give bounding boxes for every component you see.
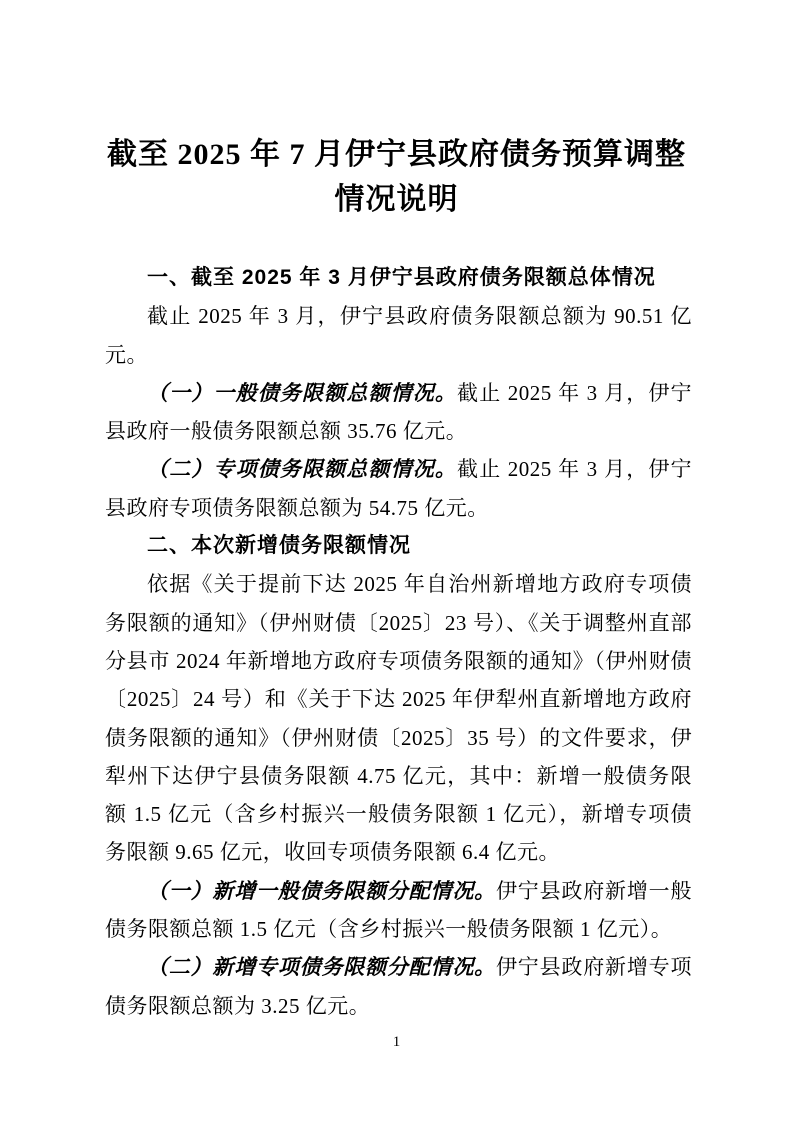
section-heading: 二、本次新增债务限额情况 <box>105 527 692 565</box>
text-run: 二、本次新增债务限额情况 <box>147 534 411 557</box>
paragraph: 截止 2025 年 3 月，伊宁县政府债务限额总额为 90.51 亿元。 <box>105 297 692 374</box>
page-number: 1 <box>0 1034 793 1051</box>
title-line-1: 截至 2025 年 7 月伊宁县政府债务预算调整 <box>0 132 793 177</box>
paragraph: 依据《关于提前下达 2025 年自治州新增地方政府专项债务限额的通知》（伊州财债… <box>105 565 692 871</box>
bold-lead-run: （一）一般债务限额总额情况。 <box>147 381 457 405</box>
document-body: 一、截至 2025 年 3 月伊宁县政府债务限额总体情况截止 2025 年 3 … <box>105 259 692 1025</box>
bold-lead-run: （二）专项债务限额总额情况。 <box>147 457 457 481</box>
bold-lead-run: （二）新增专项债务限额分配情况。 <box>147 955 496 979</box>
paragraph: （二）新增专项债务限额分配情况。伊宁县政府新增专项债务限额总额为 3.25 亿元… <box>105 948 692 1025</box>
document-page: 截至 2025 年 7 月伊宁县政府债务预算调整 情况说明 一、截至 2025 … <box>0 0 793 1122</box>
text-run: 一、截至 2025 年 3 月伊宁县政府债务限额总体情况 <box>147 266 656 289</box>
text-run: 依据《关于提前下达 2025 年自治州新增地方政府专项债务限额的通知》（伊州财债… <box>105 572 692 864</box>
paragraph: （一）新增一般债务限额分配情况。伊宁县政府新增一般债务限额总额 1.5 亿元（含… <box>105 872 692 949</box>
text-run: 截止 2025 年 3 月，伊宁县政府债务限额总额为 90.51 亿元。 <box>105 304 692 366</box>
section-heading: 一、截至 2025 年 3 月伊宁县政府债务限额总体情况 <box>105 259 692 297</box>
document-title: 截至 2025 年 7 月伊宁县政府债务预算调整 情况说明 <box>0 0 793 222</box>
paragraph: （二）专项债务限额总额情况。截止 2025 年 3 月，伊宁县政府专项债务限额总… <box>105 450 692 527</box>
paragraph: （一）一般债务限额总额情况。截止 2025 年 3 月，伊宁县政府一般债务限额总… <box>105 374 692 451</box>
title-line-2: 情况说明 <box>0 177 793 222</box>
bold-lead-run: （一）新增一般债务限额分配情况。 <box>147 879 496 903</box>
